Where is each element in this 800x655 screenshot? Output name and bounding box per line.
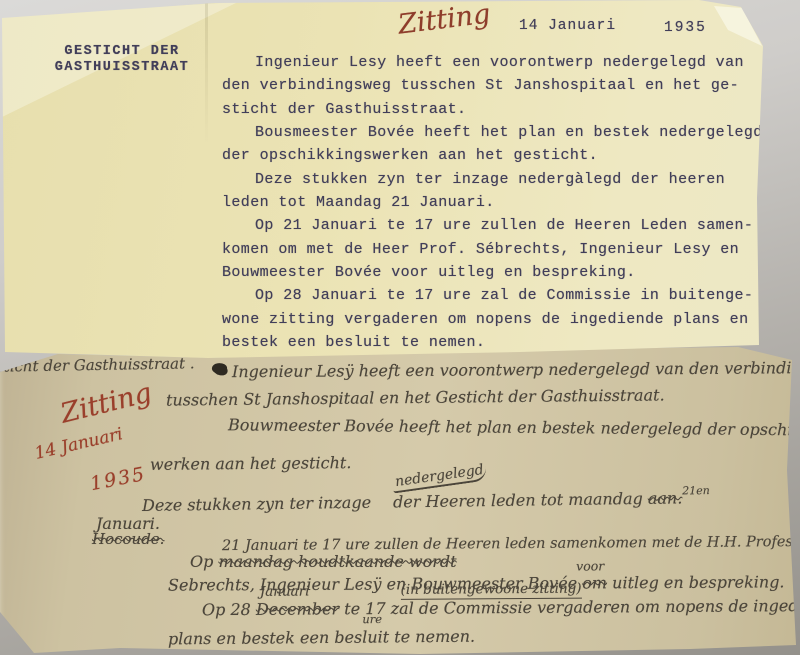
typed-line: Op 28 Januari te 17 ure zal de Commissie… <box>222 287 770 310</box>
handwritten-line-5-superscript-date: 21en <box>682 484 710 497</box>
typed-line: Op 21 Januari te 17 ure zullen de Heeren… <box>222 217 770 240</box>
handwritten-line-9-commission: zal de Commissie(in buitengewoone zittin… <box>391 598 532 618</box>
handwritten-line-6-struck-word: Hocoude. <box>92 530 164 548</box>
handwritten-date: 14 Januari <box>33 424 125 464</box>
typed-heading-line-2: GASTHUISSTRAAT <box>22 60 222 76</box>
handwritten-line-2: tusschen St Janshospitaal en het Gestich… <box>166 385 665 409</box>
typed-line: leden tot Maandag 21 Januari. <box>222 194 770 217</box>
typed-line: Ingenieur Lesy heeft een voorontwerp ned… <box>222 54 770 77</box>
handwritten-line-9: Op 28 DecemberJanuari te 17ure zal de Co… <box>202 596 800 619</box>
handwritten-line-8-part-b: uitleg en bespreking. <box>612 572 784 592</box>
handwritten-line-7-struck-words: maandag houdtkaande wordt <box>218 552 456 571</box>
handwritten-line-4: werken aan het gesticht. <box>150 453 352 474</box>
handwritten-line-3: Bouwmeester Bovée heeft het plan en best… <box>228 415 800 439</box>
handwritten-line-7-part-a: Op <box>190 552 213 571</box>
typed-date: 14 Januari <box>519 18 616 34</box>
handwritten-line-8-correction: omvoor <box>582 573 607 592</box>
handwritten-zitting-annotation: Zitting <box>58 377 155 429</box>
handwritten-line-9-part-c: zal de Commissie <box>391 598 532 618</box>
photo-background: sticht der Gasthuisstraat . Zitting 14 J… <box>0 0 800 655</box>
typed-line: sticht der Gasthuisstraat. <box>222 101 770 124</box>
handwritten-line-5-part-b: der Heeren leden tot maandag <box>393 489 643 511</box>
handwritten-line-5-part-a: Deze stukken zyn ter inzage <box>142 493 371 515</box>
handwritten-line-8-struck-word: om <box>582 573 607 592</box>
dog-ear-corner <box>714 2 764 50</box>
handwritten-line-10: plans en bestek een besluit te nemen. <box>168 627 475 649</box>
handwritten-year: 1935 <box>88 463 148 495</box>
handwritten-line-9-month-correction: DecemberJanuari <box>256 599 339 619</box>
handwritten-line-9-part-a: Op 28 <box>202 600 251 619</box>
typed-sheet-zitting-annotation: Zitting <box>396 0 491 41</box>
typed-line: den verbindingsweg tusschen St Janshospi… <box>222 77 770 100</box>
typed-year: 1935 <box>664 20 707 36</box>
handwritten-insert-ure: ure <box>362 612 382 626</box>
typed-line: Bouwmeester Bovée voor uitleg en besprek… <box>222 264 770 287</box>
typed-line: Bousmeester Bovée heeft het plan en best… <box>222 124 770 147</box>
handwritten-line-5-struck-word: aan. <box>648 488 683 507</box>
typed-body: Ingenieur Lesy heeft een voorontwerp ned… <box>222 54 770 357</box>
handwritten-line-9-time: te 17ure <box>344 599 385 618</box>
handwritten-insert-voor: voor <box>576 558 604 573</box>
typed-line: Deze stukken zyn ter inzage nedergàlegd … <box>222 171 770 194</box>
typed-line: komen om met de Heer Prof. Sébrechts, In… <box>222 241 770 264</box>
typed-heading: GESTICHT DER GASTHUISSTRAAT <box>22 44 222 76</box>
handwritten-insert-buitengewone-zitting: (in buitengewoone zitting) <box>401 581 582 600</box>
typed-heading-line-1: GESTICHT DER <box>22 44 222 60</box>
handwritten-margin-note: sticht der Gasthuisstraat . <box>0 354 195 375</box>
handwritten-line-9-struck-month: December <box>256 599 339 619</box>
handwritten-line-9-part-d: vergaderen om nopens de ingediende <box>537 596 800 617</box>
typed-line: der opschikkingswerken aan het gesticht. <box>222 147 770 170</box>
handwritten-line-5: Deze stukken zyn ter inzageder Heeren le… <box>142 484 710 515</box>
handwritten-line-7: Op maandag houdtkaande wordt <box>190 552 457 571</box>
handwritten-insert-januari: Januari <box>260 583 310 599</box>
handwritten-line-1: Ingenieur Lesÿ heeft een voorontwerp ned… <box>232 358 800 381</box>
typed-line: wone zitting vergaderen om nopens de ing… <box>222 311 770 334</box>
